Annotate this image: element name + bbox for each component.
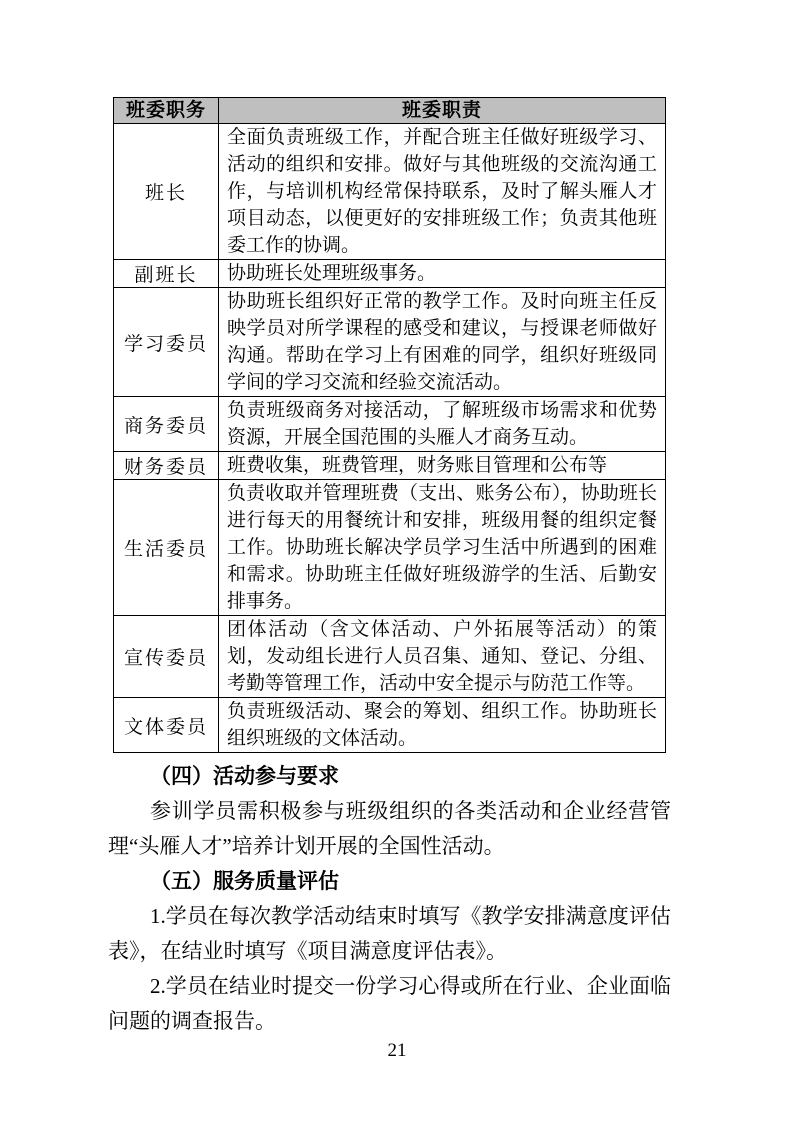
duty-cell: 负责班级活动、聚会的筹划、组织工作。协助班长组织班级的文体活动。: [219, 698, 666, 753]
table-row: 商务委员 负责班级商务对接活动，了解班级市场需求和优势资源，开展全国范围的头雁人…: [114, 397, 666, 452]
document-content: 班委职务 班委职责 班长 全面负责班级工作，并配合班主任做好班级学习、活动的组织…: [108, 97, 671, 1039]
table-row: 生活委员 负责收取并管理班费（支出、账务公布），协助班长进行每天的用餐统计和安排…: [114, 480, 666, 616]
table-header-duty: 班委职责: [219, 98, 666, 124]
table-row: 财务委员 班费收集，班费管理，财务账目管理和公布等: [114, 452, 666, 480]
paragraph-final-report: 2.学员在结业时提交一份学习心得或所在行业、企业面临问题的调查报告。: [108, 969, 671, 1039]
position-cell: 生活委员: [114, 480, 219, 616]
body-text-block: （四）活动参与要求 参训学员需积极参与班级组织的各类活动和企业经营管理“头雁人才…: [108, 759, 671, 1039]
paragraph-activity-participation: 参训学员需积极参与班级组织的各类活动和企业经营管理“头雁人才”培养计划开展的全国…: [108, 794, 671, 864]
position-cell: 财务委员: [114, 452, 219, 480]
duty-cell: 协助班长组织好正常的教学工作。及时向班主任反映学员对所学课程的感受和建议，与授课…: [219, 288, 666, 397]
document-page: 班委职务 班委职责 班长 全面负责班级工作，并配合班主任做好班级学习、活动的组织…: [0, 0, 794, 1123]
table-header-row: 班委职务 班委职责: [114, 98, 666, 124]
position-cell: 副班长: [114, 260, 219, 288]
duty-cell: 协助班长处理班级事务。: [219, 260, 666, 288]
section-heading-activity-participation: （四）活动参与要求: [108, 759, 671, 794]
position-cell: 商务委员: [114, 397, 219, 452]
duty-cell: 团体活动（含文体活动、户外拓展等活动）的策划，发动组长进行人员召集、通知、登记、…: [219, 616, 666, 698]
table-row: 班长 全面负责班级工作，并配合班主任做好班级学习、活动的组织和安排。做好与其他班…: [114, 124, 666, 260]
duty-cell: 负责收取并管理班费（支出、账务公布），协助班长进行每天的用餐统计和安排，班级用餐…: [219, 480, 666, 616]
position-cell: 文体委员: [114, 698, 219, 753]
table-row: 副班长 协助班长处理班级事务。: [114, 260, 666, 288]
duty-cell: 负责班级商务对接活动，了解班级市场需求和优势资源，开展全国范围的头雁人才商务互动…: [219, 397, 666, 452]
page-number: 21: [0, 1040, 794, 1062]
position-cell: 班长: [114, 124, 219, 260]
committee-duties-table: 班委职务 班委职责 班长 全面负责班级工作，并配合班主任做好班级学习、活动的组织…: [113, 97, 666, 753]
position-cell: 宣传委员: [114, 616, 219, 698]
position-cell: 学习委员: [114, 288, 219, 397]
table-row: 宣传委员 团体活动（含文体活动、户外拓展等活动）的策划，发动组长进行人员召集、通…: [114, 616, 666, 698]
table-row: 文体委员 负责班级活动、聚会的筹划、组织工作。协助班长组织班级的文体活动。: [114, 698, 666, 753]
duty-cell: 全面负责班级工作，并配合班主任做好班级学习、活动的组织和安排。做好与其他班级的交…: [219, 124, 666, 260]
section-heading-service-quality: （五）服务质量评估: [108, 864, 671, 899]
duty-cell: 班费收集，班费管理，财务账目管理和公布等: [219, 452, 666, 480]
paragraph-evaluation-forms: 1.学员在每次教学活动结束时填写《教学安排满意度评估表》，在结业时填写《项目满意…: [108, 899, 671, 969]
table-header-position: 班委职务: [114, 98, 219, 124]
table-row: 学习委员 协助班长组织好正常的教学工作。及时向班主任反映学员对所学课程的感受和建…: [114, 288, 666, 397]
